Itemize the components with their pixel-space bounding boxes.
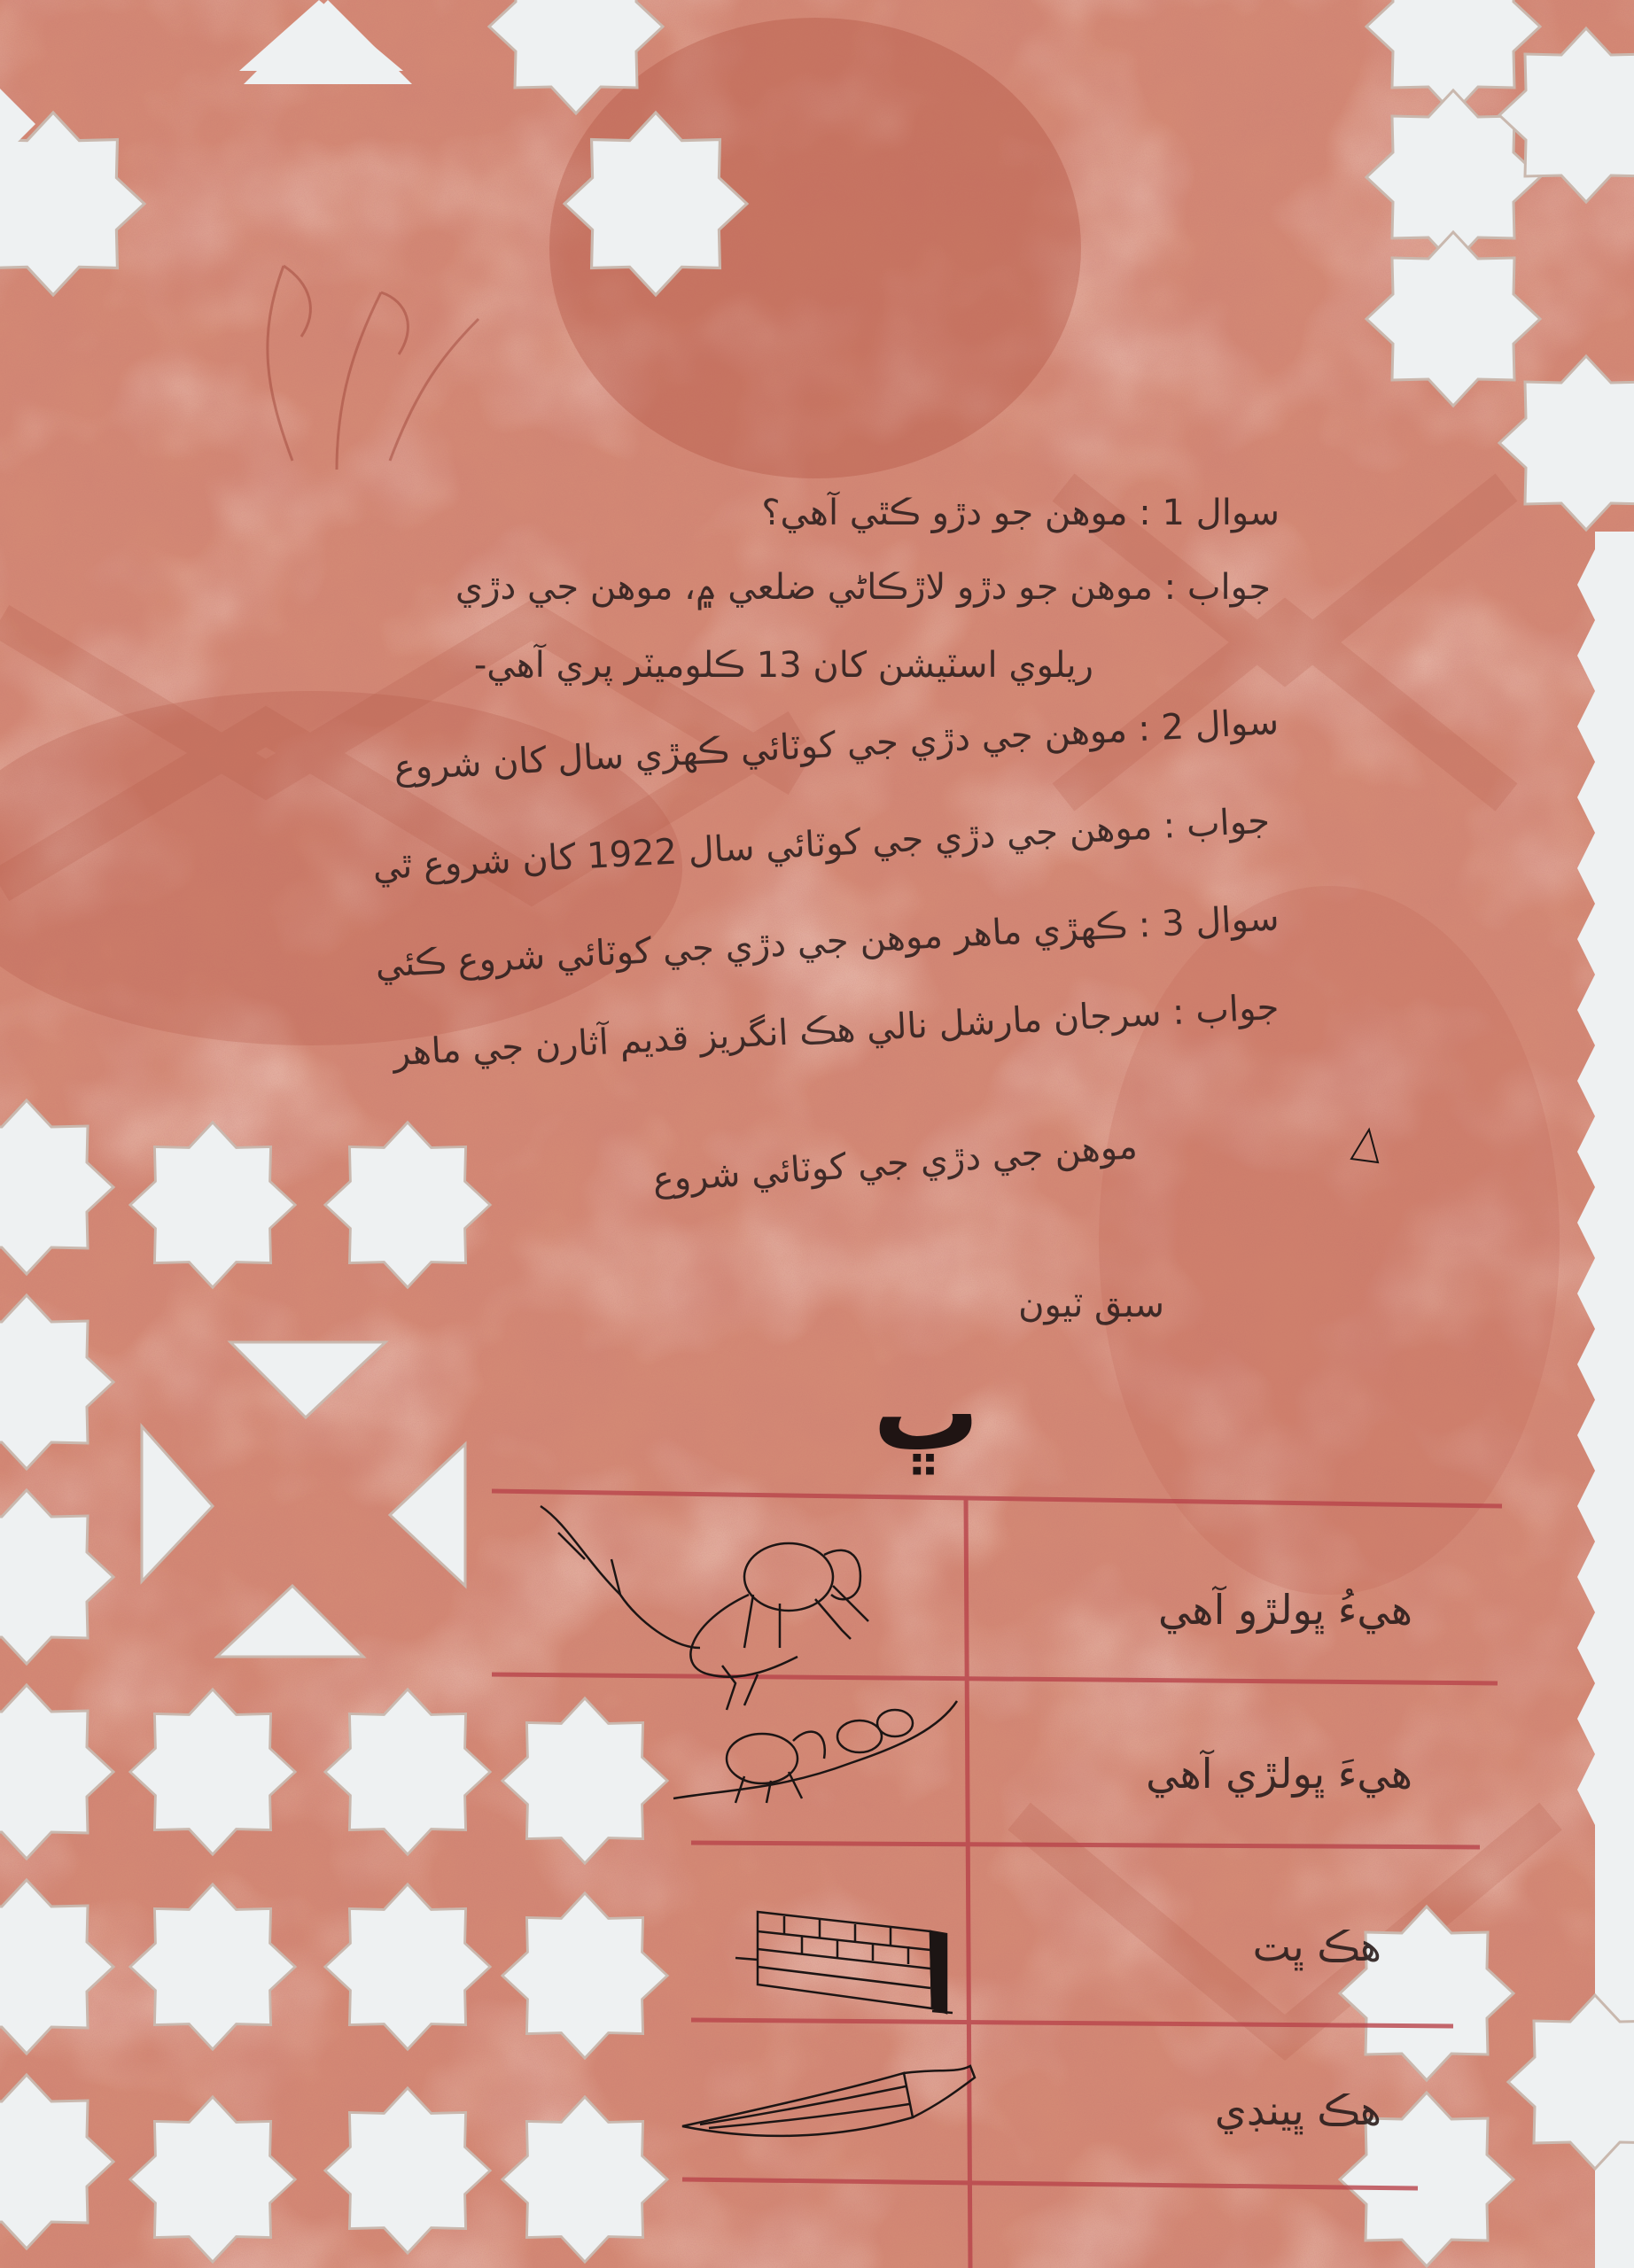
cut-paper-lattice [0, 0, 1634, 2268]
artwork: سوال 1 : موھن جو دڙو ڪٿي آھي؟ جواب : موھ… [0, 0, 1634, 2268]
